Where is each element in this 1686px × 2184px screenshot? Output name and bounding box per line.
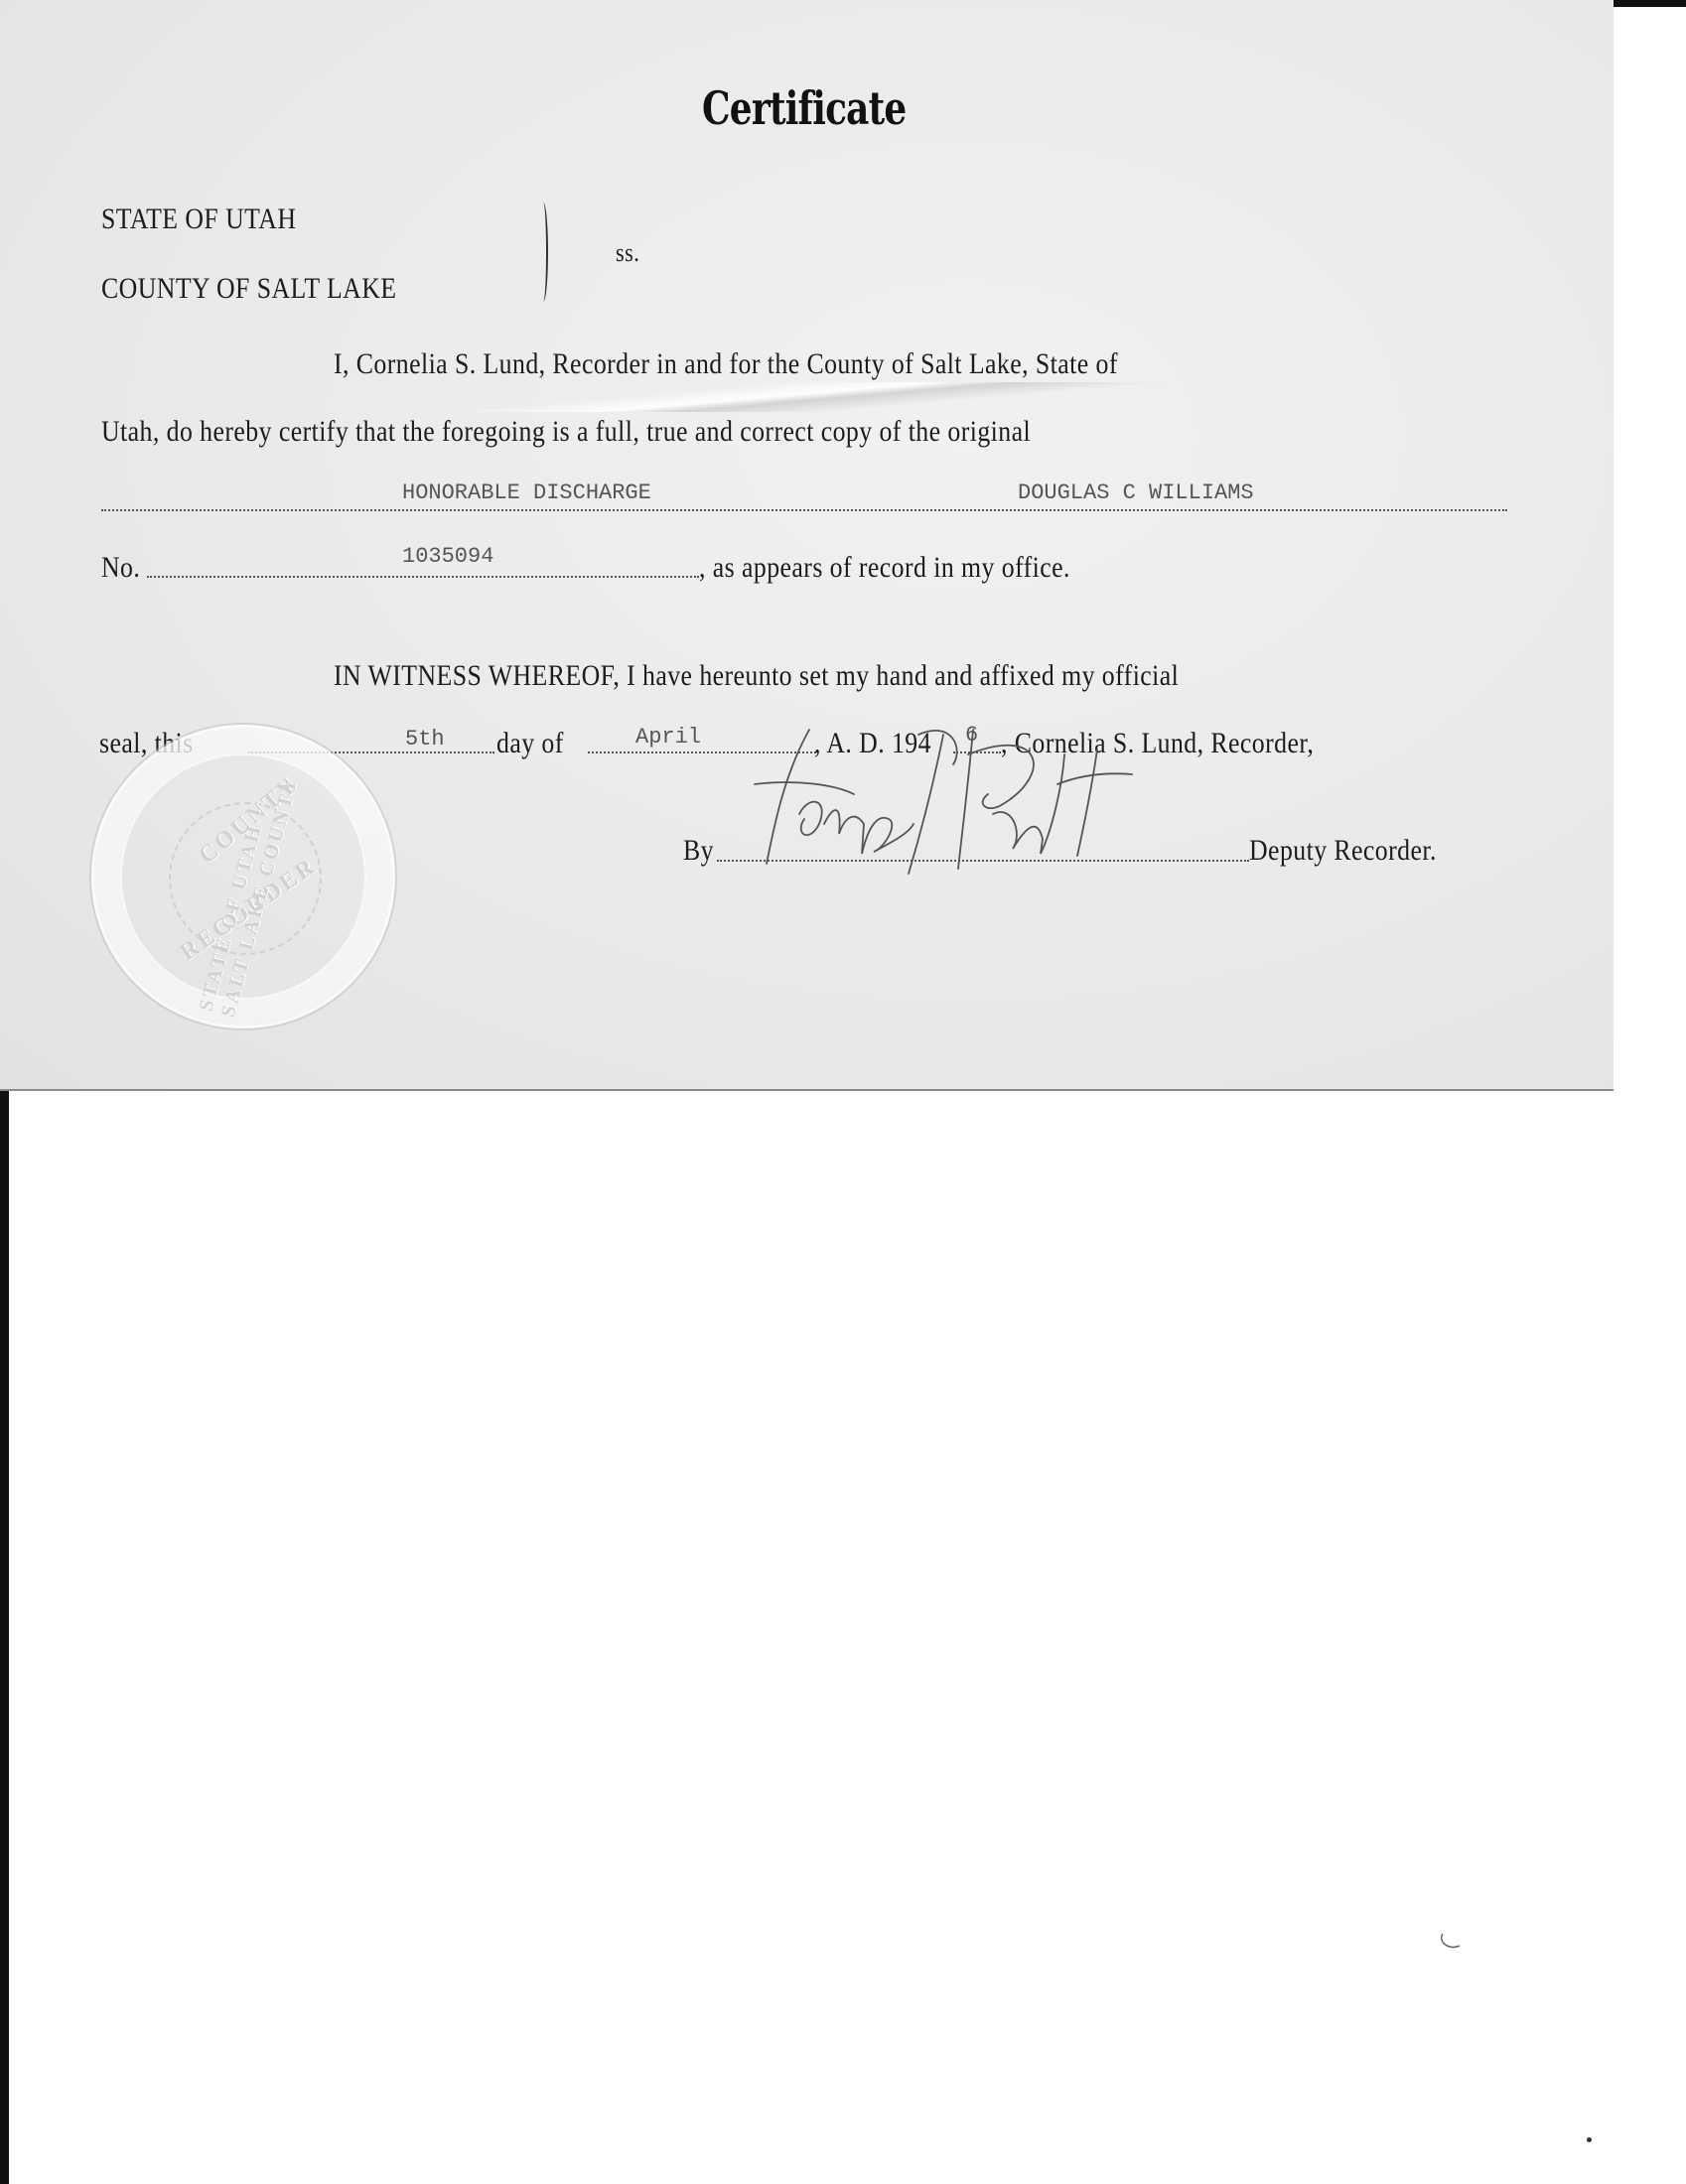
witness-day: 5th bbox=[405, 727, 445, 751]
witness-month: April bbox=[635, 725, 701, 750]
venue-brace bbox=[536, 203, 548, 302]
handwritten-signature bbox=[715, 725, 1271, 884]
witness-line-1: IN WITNESS WHEREOF, I have hereunto set … bbox=[334, 659, 1179, 693]
witness-day-of: day of bbox=[496, 727, 564, 760]
venue-county: COUNTY OF SALT LAKE bbox=[101, 272, 396, 306]
embossed-county-seal: COUNTY RECORDER STATE OF UTAH · SALT LAK… bbox=[91, 725, 395, 1028]
record-dotted-line bbox=[101, 509, 1507, 511]
stray-curl-mark bbox=[1438, 1931, 1468, 1956]
certificate-paper: Certificate STATE OF UTAH COUNTY OF SALT… bbox=[0, 0, 1614, 1091]
certificate-title: Certificate bbox=[702, 81, 906, 135]
deputy-recorder-label: Deputy Recorder. bbox=[1249, 834, 1437, 868]
record-no-label: No. bbox=[101, 551, 140, 585]
certify-line-1: I, Cornelia S. Lund, Recorder in and for… bbox=[334, 347, 1118, 381]
venue-state: STATE OF UTAH bbox=[101, 203, 296, 236]
scan-edge-left bbox=[0, 1089, 9, 2184]
by-label: By bbox=[683, 834, 714, 868]
venue-ss: ss. bbox=[616, 238, 639, 268]
record-no-dotted-line bbox=[147, 576, 699, 578]
record-document-type: HONORABLE DISCHARGE bbox=[402, 480, 651, 505]
scan-edge-top bbox=[1614, 0, 1686, 7]
record-name: DOUGLAS C WILLIAMS bbox=[1018, 480, 1254, 505]
record-number: 1035094 bbox=[402, 544, 493, 569]
paper-fold-crease bbox=[0, 382, 1614, 412]
stray-dot-mark bbox=[1587, 2137, 1592, 2142]
record-suffix: , as appears of record in my office. bbox=[699, 551, 1070, 585]
certify-line-2: Utah, do hereby certify that the foregoi… bbox=[101, 415, 1031, 449]
